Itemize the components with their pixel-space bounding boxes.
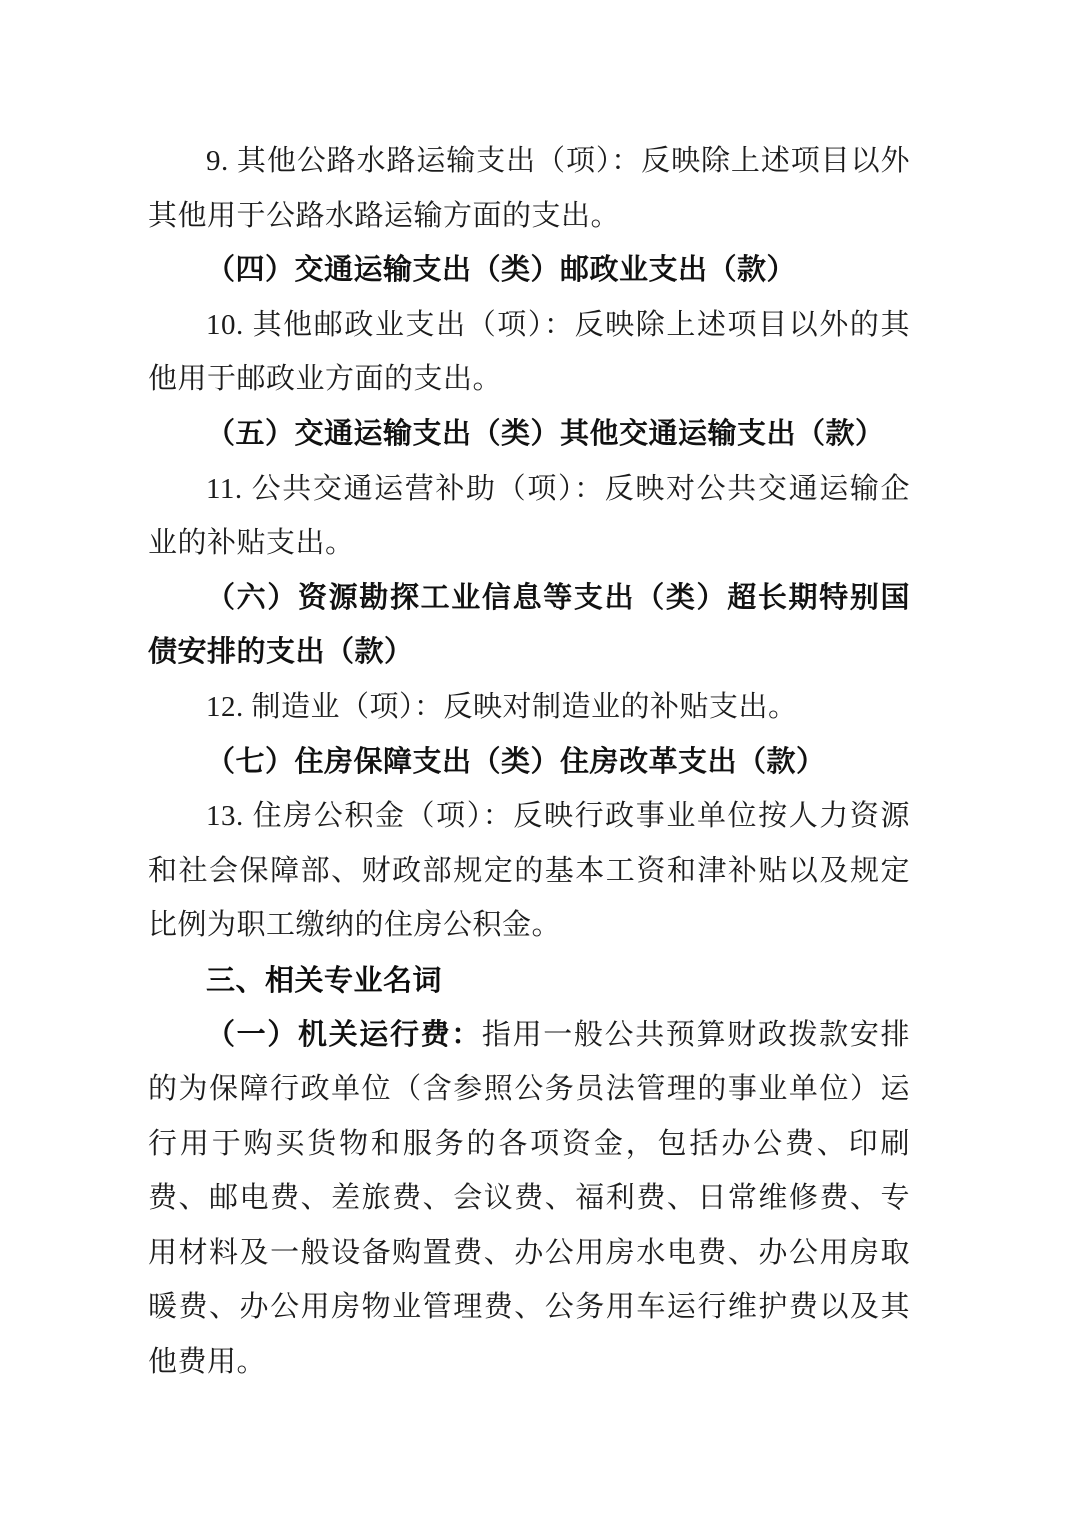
numbered-item-12: 12. 制造业（项）：反映对制造业的补贴支出。 [148,680,910,735]
category-heading-4: （四）交通运输支出（类）邮政业支出（款） [148,243,910,298]
numbered-item-13: 13. 住房公积金（项）：反映行政事业单位按人力资源和社会保障部、财政部规定的基… [148,789,910,953]
category-heading-6: （六）资源勘探工业信息等支出（类）超长期特别国债安排的支出（款） [148,571,910,680]
numbered-item-9: 9. 其他公路水路运输支出（项）：反映除上述项目以外其他用于公路水路运输方面的支… [148,134,910,243]
numbered-item-11: 11. 公共交通运营补助（项）：反映对公共交通运输企业的补贴支出。 [148,462,910,571]
term-lead: （一）机关运行费： [206,1019,482,1051]
category-heading-5: （五）交通运输支出（类）其他交通运输支出（款） [148,407,910,462]
document-body: 9. 其他公路水路运输支出（项）：反映除上述项目以外其他用于公路水路运输方面的支… [148,134,910,1390]
term-definition-text: 指用一般公共预算财政拨款安排的为保障行政单位（含参照公务员法管理的事业单位）运行… [148,1019,910,1379]
term-definition-paragraph: （一）机关运行费：指用一般公共预算财政拨款安排的为保障行政单位（含参照公务员法管… [148,1008,910,1390]
section-heading-related-terms: 三、相关专业名词 [148,953,910,1008]
numbered-item-10: 10. 其他邮政业支出（项）：反映除上述项目以外的其他用于邮政业方面的支出。 [148,298,910,407]
document-page: 9. 其他公路水路运输支出（项）：反映除上述项目以外其他用于公路水路运输方面的支… [0,0,1074,1520]
category-heading-7: （七）住房保障支出（类）住房改革支出（款） [148,735,910,790]
